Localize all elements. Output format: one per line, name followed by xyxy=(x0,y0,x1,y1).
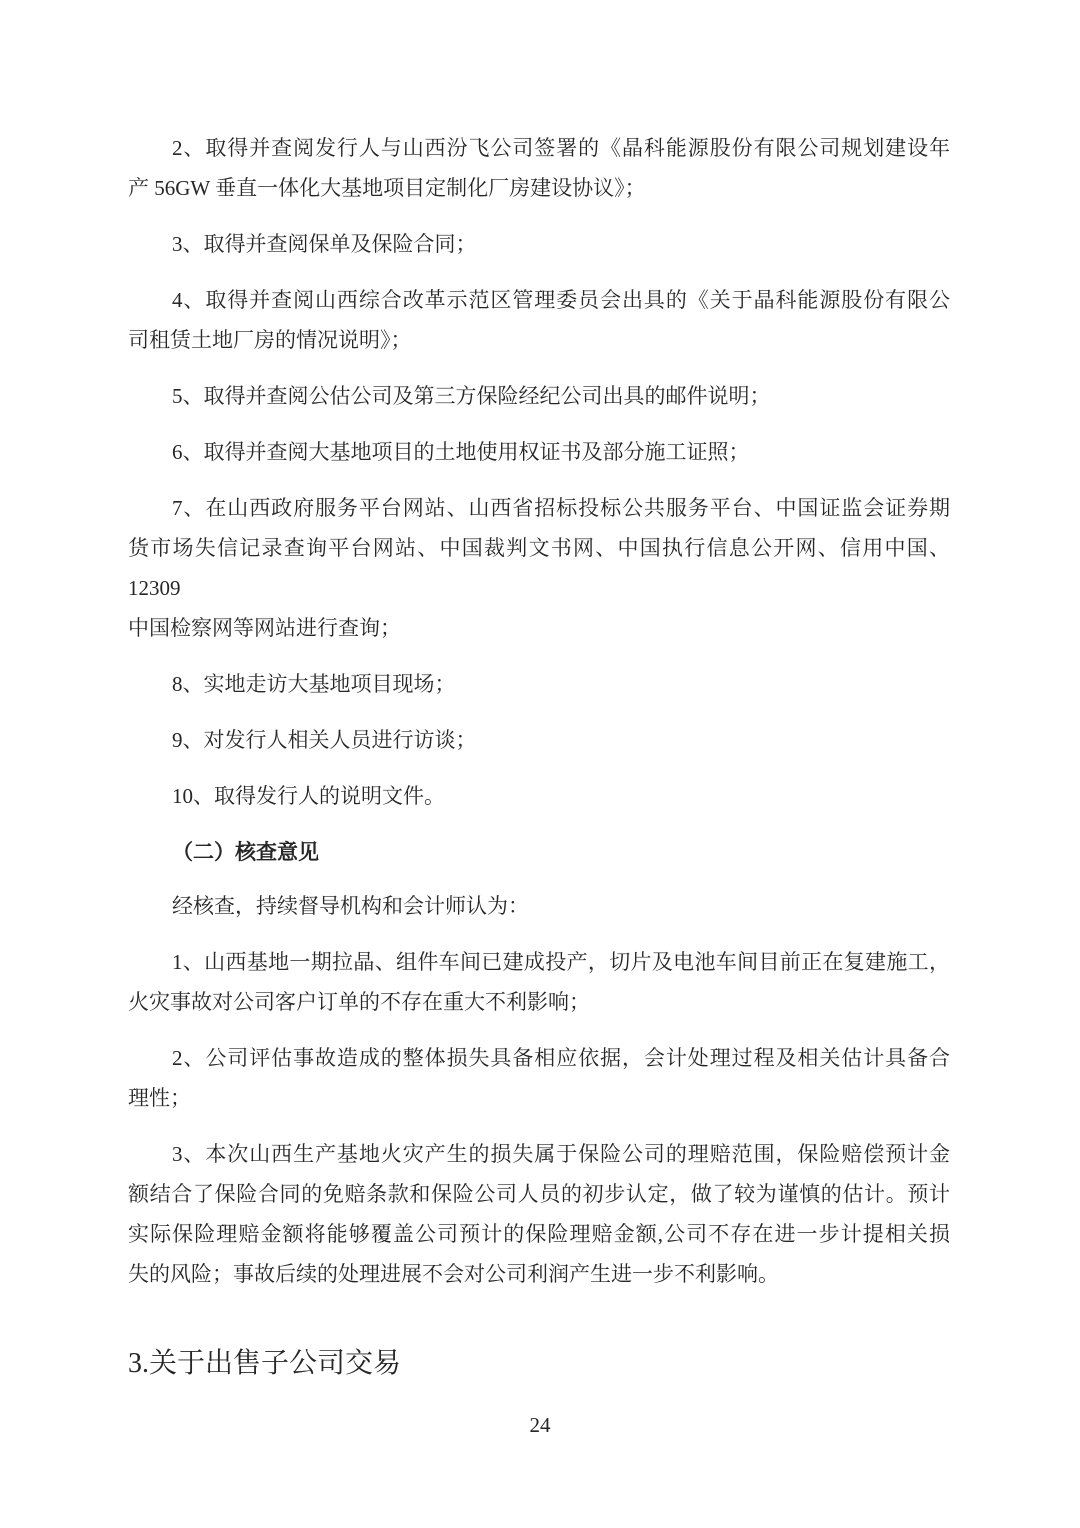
paragraph-step-10: 10、取得发行人的说明文件。 xyxy=(128,776,950,816)
text-line: 3、本次山西生产基地火灾产生的损失属于保险公司的理赔范围，保险赔偿预计金 xyxy=(128,1134,950,1174)
paragraph-conclusion-3: 3、本次山西生产基地火灾产生的损失属于保险公司的理赔范围，保险赔偿预计金 额结合… xyxy=(128,1134,950,1294)
text-line: 9、对发行人相关人员进行访谈； xyxy=(128,720,950,760)
chapter-heading-subsidiary-sale: 3.关于出售子公司交易 xyxy=(128,1342,950,1386)
text-line: 额结合了保险合同的免赔条款和保险公司人员的初步认定，做了较为谨慎的估计。预计 xyxy=(128,1174,950,1214)
paragraph-opinion-intro: 经核查，持续督导机构和会计师认为： xyxy=(128,886,950,926)
text-line: 2、取得并查阅发行人与山西汾飞公司签署的《晶科能源股份有限公司规划建设年 xyxy=(128,128,950,168)
page-number: 24 xyxy=(0,1410,1080,1440)
section-heading-verification-opinion: （二）核查意见 xyxy=(128,832,950,872)
text-line: 10、取得发行人的说明文件。 xyxy=(128,776,950,816)
paragraph-conclusion-1: 1、山西基地一期拉晶、组件车间已建成投产，切片及电池车间目前正在复建施工， 火灾… xyxy=(128,942,950,1022)
paragraph-step-7: 7、在山西政府服务平台网站、山西省招标投标公共服务平台、中国证监会证券期 货市场… xyxy=(128,488,950,648)
paragraph-conclusion-2: 2、公司评估事故造成的整体损失具备相应依据，会计处理过程及相关估计具备合 理性； xyxy=(128,1038,950,1118)
text-line: 货市场失信记录查询平台网站、中国裁判文书网、中国执行信息公开网、信用中国、123… xyxy=(128,528,950,608)
text-line: 1、山西基地一期拉晶、组件车间已建成投产，切片及电池车间目前正在复建施工， xyxy=(128,942,950,982)
paragraph-step-6: 6、取得并查阅大基地项目的土地使用权证书及部分施工证照； xyxy=(128,432,950,472)
document-page: 2、取得并查阅发行人与山西汾飞公司签署的《晶科能源股份有限公司规划建设年 产 5… xyxy=(0,0,1080,1528)
text-line: 司租赁土地厂房的情况说明》； xyxy=(128,320,950,360)
text-line: 产 56GW 垂直一体化大基地项目定制化厂房建设协议》； xyxy=(128,168,950,208)
paragraph-step-5: 5、取得并查阅公估公司及第三方保险经纪公司出具的邮件说明； xyxy=(128,376,950,416)
text-line: 5、取得并查阅公估公司及第三方保险经纪公司出具的邮件说明； xyxy=(128,376,950,416)
document-body: 2、取得并查阅发行人与山西汾飞公司签署的《晶科能源股份有限公司规划建设年 产 5… xyxy=(128,128,950,1386)
text-line: 4、取得并查阅山西综合改革示范区管理委员会出具的《关于晶科能源股份有限公 xyxy=(128,280,950,320)
text-line: 火灾事故对公司客户订单的不存在重大不利影响； xyxy=(128,982,950,1022)
text-line: 经核查，持续督导机构和会计师认为： xyxy=(128,886,950,926)
paragraph-step-8: 8、实地走访大基地项目现场； xyxy=(128,664,950,704)
text-line: 实际保险理赔金额将能够覆盖公司预计的保险理赔金额,公司不存在进一步计提相关损 xyxy=(128,1214,950,1254)
paragraph-step-4: 4、取得并查阅山西综合改革示范区管理委员会出具的《关于晶科能源股份有限公 司租赁… xyxy=(128,280,950,360)
paragraph-step-9: 9、对发行人相关人员进行访谈； xyxy=(128,720,950,760)
text-line: 中国检察网等网站进行查询； xyxy=(128,608,950,648)
paragraph-step-3: 3、取得并查阅保单及保险合同； xyxy=(128,224,950,264)
paragraph-step-2: 2、取得并查阅发行人与山西汾飞公司签署的《晶科能源股份有限公司规划建设年 产 5… xyxy=(128,128,950,208)
text-line: 6、取得并查阅大基地项目的土地使用权证书及部分施工证照； xyxy=(128,432,950,472)
text-line: 失的风险；事故后续的处理进展不会对公司利润产生进一步不利影响。 xyxy=(128,1254,950,1294)
text-line: 2、公司评估事故造成的整体损失具备相应依据，会计处理过程及相关估计具备合 xyxy=(128,1038,950,1078)
text-line: 8、实地走访大基地项目现场； xyxy=(128,664,950,704)
text-line: 7、在山西政府服务平台网站、山西省招标投标公共服务平台、中国证监会证券期 xyxy=(128,488,950,528)
text-line: 3、取得并查阅保单及保险合同； xyxy=(128,224,950,264)
text-line: 理性； xyxy=(128,1078,950,1118)
